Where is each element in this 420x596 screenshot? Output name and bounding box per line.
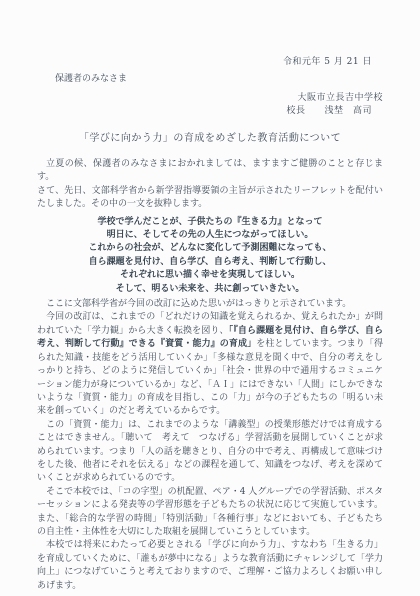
paragraph-method: この「資質・能力」は、これまでのような「講義型」の授業形態だけでは育成することは… xyxy=(37,419,383,486)
letter-title: 「学びに向かう力」の育成をめざした教育活動について xyxy=(37,131,383,146)
paragraph-revision: 今回の改訂は、これまでの「どれだけの知識を覚えられるか、覚えられたか」が問われて… xyxy=(37,311,383,418)
quote-line: それぞれに思い描く幸せを実現してほしい。 xyxy=(37,269,383,282)
paragraph-remark: ここに文部科学省が今回の改訂に込めた思いがはっきりと示されています。 xyxy=(37,298,383,311)
sender-school-name: 大阪市立長吉中学校 xyxy=(37,92,383,105)
letter-recipient: 保護者のみなさま xyxy=(55,73,383,86)
letter-body: 立夏の候、保護者のみなさまにおかれましては、ますますご健勝のことと存じます。 さ… xyxy=(37,158,383,593)
quote-line: これからの社会が、どんなに変化して予測困難になっても、 xyxy=(37,242,383,255)
quote-line: そして、明るい未来を、共に創っていきたい。 xyxy=(37,283,383,296)
quote-line: 自ら課題を見付け、自ら学び、自ら考え、判断して行動し、 xyxy=(37,256,383,269)
sender-block: 大阪市立長吉中学校 校長 浅埜 高司 xyxy=(37,92,383,118)
quote-line: 学校で学んだことが、子供たちの『生きる力』となって xyxy=(37,216,383,229)
sender-principal-name: 校長 浅埜 高司 xyxy=(37,105,372,118)
quote-line: 明日に、そしてその先の人生につながってほしい。 xyxy=(37,229,383,242)
paragraph-lead: さて、先日、文部科学省から新学習指導要領の主旨が示されたリーフレットを配付いたし… xyxy=(37,185,383,212)
letter-date: 令和元年 5 月 21 日 xyxy=(37,56,372,69)
letter-page: 令和元年 5 月 21 日 保護者のみなさま 大阪市立長吉中学校 校長 浅埜 高… xyxy=(0,0,420,596)
revision-run-3: を柱としています。つまり「得られた知識・技能をどう活用していくか」「多様な意見を… xyxy=(37,339,383,416)
leaflet-quote-block: 学校で学んだことが、子供たちの『生きる力』となって 明日に、そしてその先の人生に… xyxy=(37,216,383,296)
paragraph-school-practice: そこで本校では、「コの字型」の机配置、ペア・4 人グループでの学習活動、ポスター… xyxy=(37,486,383,540)
paragraph-greeting: 立夏の候、保護者のみなさまにおかれましては、ますますご健勝のことと存じます。 xyxy=(37,158,383,185)
paragraph-closing: 本校では将来にわたって必要とされる「学びに向かう力」、すなわち「生きる力」を育成… xyxy=(37,539,383,593)
